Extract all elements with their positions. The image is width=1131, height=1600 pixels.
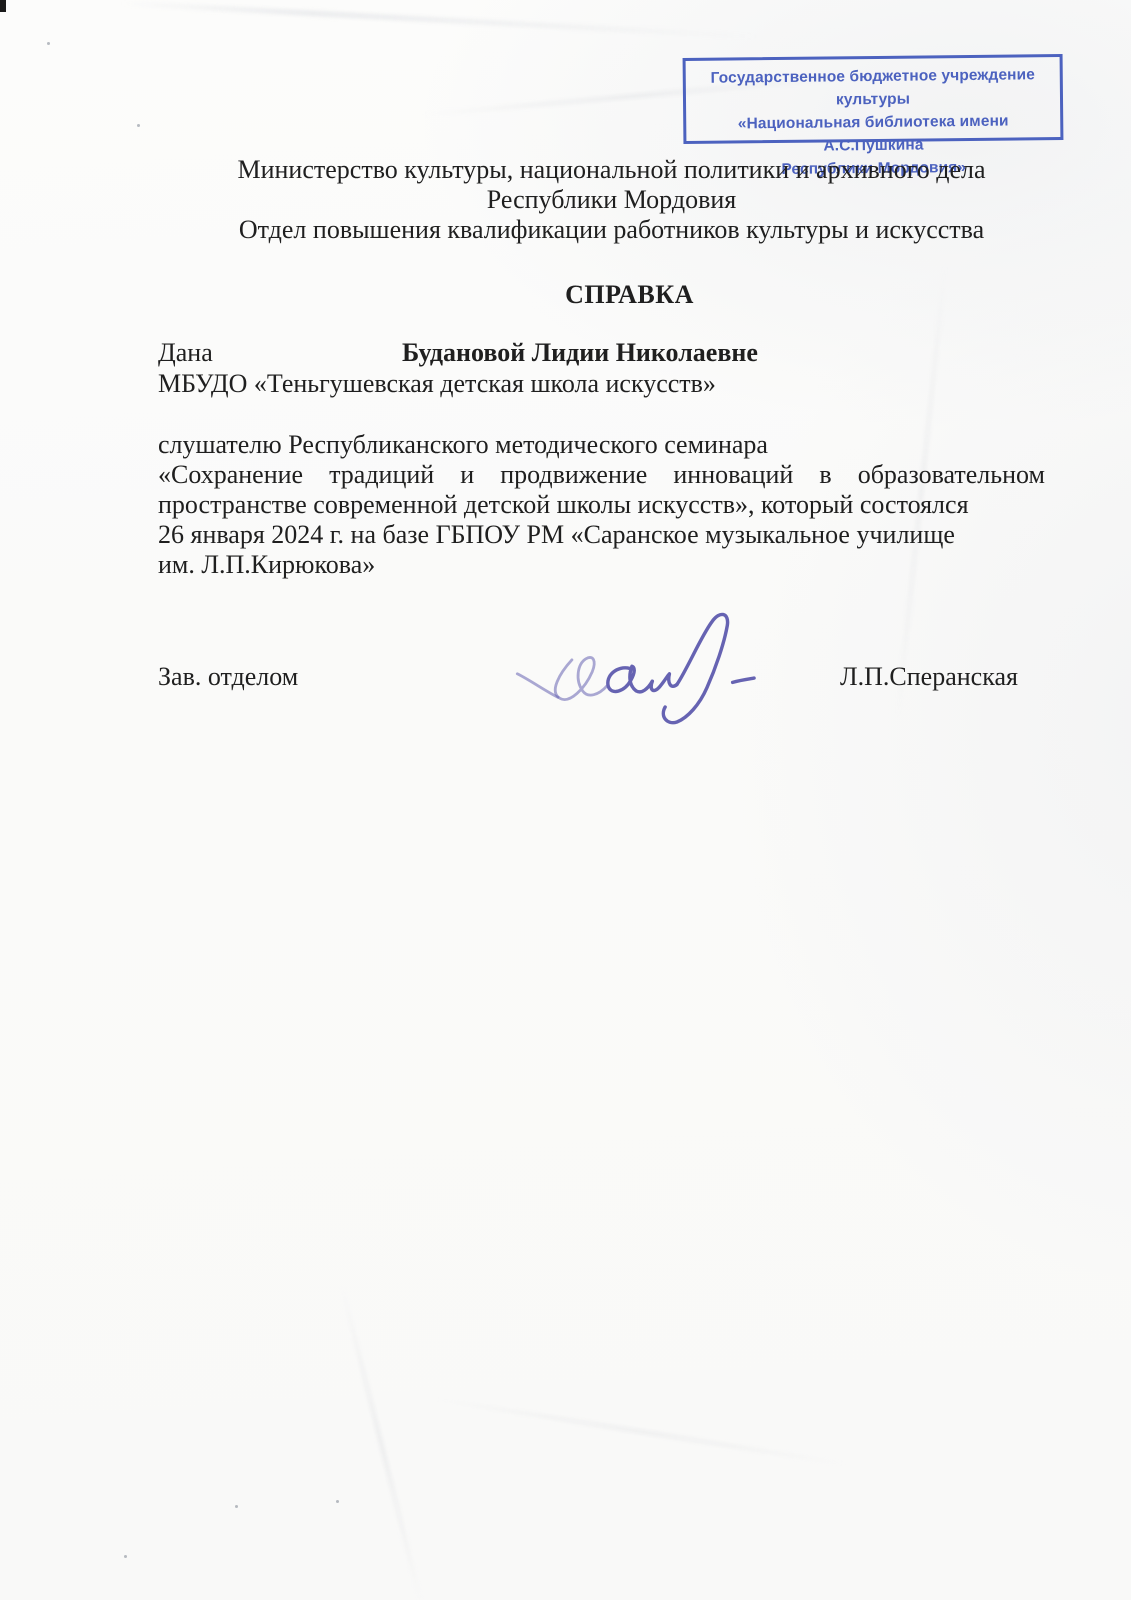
- scan-speck: [124, 1555, 127, 1558]
- signer-name: Л.П.Сперанская: [840, 662, 1018, 692]
- given-label: Дана: [158, 337, 402, 368]
- scan-speck: [47, 42, 50, 45]
- body-line: слушателю Республиканского методического…: [158, 430, 1045, 460]
- letterhead: Министерство культуры, национальной поли…: [158, 155, 1055, 245]
- body-line: 26 января 2024 г. на базе ГБПОУ РМ «Сара…: [158, 520, 1045, 550]
- paper-crease: [340, 1285, 423, 1600]
- letterhead-line: Министерство культуры, национальной поли…: [168, 155, 1055, 185]
- letterhead-line: Отдел повышения квалификации работников …: [168, 215, 1055, 245]
- paper-crease: [432, 1397, 847, 1466]
- signature-row: Зав. отделом Л.П.Сперанская: [158, 662, 1045, 698]
- recipient-organization: МБУДО «Теньгушевская детская школа искус…: [158, 368, 1045, 399]
- recipient-name: Будановой Лидии Николаевне: [402, 338, 758, 367]
- body-line: им. Л.П.Кирюкова»: [158, 550, 1045, 580]
- scan-corner-artifact: [0, 0, 6, 12]
- body-line: «Сохранение традиций и продвижение иннов…: [158, 460, 1045, 490]
- scan-speck: [235, 1505, 238, 1508]
- letterhead-line: Республики Мордовия: [168, 185, 1055, 215]
- scan-speck: [137, 124, 140, 127]
- body-paragraph: слушателю Республиканского методического…: [158, 430, 1045, 580]
- body-line: пространстве современной детской школы и…: [158, 490, 1045, 520]
- signature-role-label: Зав. отделом: [158, 662, 298, 691]
- scan-speck: [336, 1500, 339, 1503]
- paper-crease: [120, 1, 759, 38]
- recipient-block: ДанаБудановой Лидии Николаевне МБУДО «Те…: [158, 337, 1045, 399]
- stamp-line: «Национальная библиотека имени А.С.Пушки…: [686, 109, 1060, 159]
- library-stamp: Государственное бюджетное учреждение кул…: [683, 54, 1064, 144]
- given-line: ДанаБудановой Лидии Николаевне: [158, 337, 1045, 368]
- document-page: Государственное бюджетное учреждение кул…: [0, 0, 1131, 1600]
- document-title: СПРАВКА: [158, 280, 1073, 310]
- stamp-line: Государственное бюджетное учреждение кул…: [686, 63, 1060, 113]
